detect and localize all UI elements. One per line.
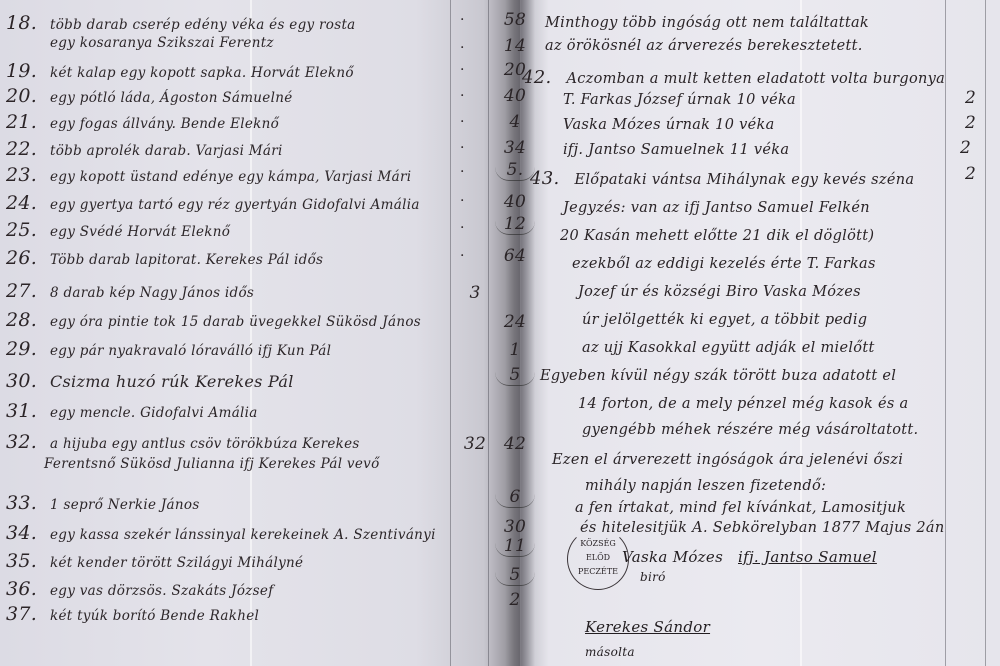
ledger-entry-23: 23. egy kopott üstand edénye egy kámpa, …	[6, 164, 411, 186]
entry-number: 26.	[6, 247, 50, 269]
ledger-entry-36: 36. egy vas dörzsös. Szakáts József	[6, 578, 274, 600]
ledger-entry-25: 25. egy Svédé Horvát Eleknő	[6, 219, 230, 241]
entry-text: gyengébb méhek részére még vásároltatott…	[582, 422, 918, 438]
entry-number: 18.	[6, 12, 50, 34]
entry-text: egy vas dörzsös. Szakáts József	[50, 583, 274, 599]
amount: 58	[495, 10, 535, 30]
entry-number: 31.	[6, 400, 50, 422]
ledger-dot: ·	[460, 12, 464, 28]
entry-text: egy óra pintie tok 15 darab üvegekkel Sü…	[50, 314, 421, 330]
ledger-dot: ·	[460, 193, 464, 209]
entry-number: 37.	[6, 603, 50, 625]
quantity: 2	[965, 164, 976, 184]
ledger-entry-29: 29. egy pár nyakravaló lóraválló ifj Kun…	[6, 338, 331, 360]
entry-text: egy kosaranya Szikszai Ferentz	[50, 35, 274, 51]
entry-text: 8 darab kép Nagy János idős	[50, 285, 254, 301]
closing-text: a fen írtakat, mind fel kívánkat, Lamosi…	[575, 500, 906, 516]
entry-number: 20.	[6, 85, 50, 107]
entry-text: úr jelölgették ki egyet, a többit pedig	[582, 312, 867, 328]
amount: 4	[495, 112, 535, 132]
entry-text: egy kassa szekér lánssinyal kerekeinek A…	[50, 527, 436, 543]
entry-number: 29.	[6, 338, 50, 360]
entry-text: 14 forton, de a mely pénzel még kasok és…	[578, 396, 908, 412]
entry-number: 24.	[6, 192, 50, 214]
entry-number: 43.	[530, 168, 560, 189]
ledger-entry-35: 35. két kender törött Szilágyi Mihályné	[6, 550, 303, 572]
entry-text: több aprolék darab. Varjasi Mári	[50, 143, 283, 159]
entry-number: 34.	[6, 522, 50, 544]
entry-number: 32.	[6, 431, 50, 453]
intro-text: az örökösnél az árverezés berekesztetett…	[545, 38, 863, 54]
closing-text: Ezen el árverezett ingóságok ára jelenév…	[552, 452, 903, 468]
paper-crease	[800, 0, 802, 666]
entry-text: egy gyertya tartó egy réz gyertyán Gidof…	[50, 197, 420, 213]
entry-text: egy fogas állvány. Bende Eleknő	[50, 116, 279, 132]
ledger-dot: ·	[460, 164, 464, 180]
ledger-entry-27: 27. 8 darab kép Nagy János idős	[6, 280, 254, 302]
ledger-entry-19: 19. két kalap egy kopott sapka. Horvát E…	[6, 60, 354, 82]
amount: 42	[495, 434, 535, 454]
amount: 3	[455, 283, 495, 303]
column-rule	[488, 0, 489, 666]
ledger-dot: ·	[460, 62, 464, 78]
entry-number: 21.	[6, 111, 50, 133]
official-stamp: KÖZSÉG ELŐD PECZÉTE	[567, 528, 629, 590]
ledger-entry-28: 28. egy óra pintie tok 15 darab üvegekke…	[6, 309, 421, 331]
ledger-entry-20: 20. egy pótló láda, Ágoston Sámuelné	[6, 85, 293, 107]
closing-text: mihály napján leszen fizetendő:	[585, 478, 826, 494]
amount: 14	[495, 36, 535, 56]
document-spread: 18. több darab cserép edény véka és egy …	[0, 0, 1000, 666]
ledger-entry-18-cont: egy kosaranya Szikszai Ferentz	[50, 35, 274, 51]
amount: 2	[495, 590, 535, 610]
entry-text: Jegyzés: van az ifj Jantso Samuel Felkén	[563, 200, 870, 216]
stamp-text: KÖZSÉG	[568, 537, 628, 551]
column-rule	[450, 0, 451, 666]
signature-jantso-samuel: ifj. Jantso Samuel	[738, 548, 877, 566]
entry-text: egy mencle. Gidofalvi Amália	[50, 405, 258, 421]
ledger-dot: ·	[460, 114, 464, 130]
entry-text: több darab cserép edény véka és egy rost…	[50, 17, 356, 33]
ledger-entry-22: 22. több aprolék darab. Varjasi Mári	[6, 138, 283, 160]
entry-text: egy pótló láda, Ágoston Sámuelné	[50, 90, 293, 106]
column-rule	[945, 0, 946, 666]
entry-text: egy Svédé Horvát Eleknő	[50, 224, 230, 240]
entry-text: ezekből az eddigi kezelés érte T. Farkas	[572, 256, 876, 272]
entry-number: 23.	[6, 164, 50, 186]
ledger-entry-26: 26. Több darab lapitorat. Kerekes Pál id…	[6, 247, 323, 269]
entry-42-title: 42. Aczomban a mult ketten eladatott vol…	[522, 67, 945, 88]
amount: 34	[495, 138, 535, 158]
ledger-dot: ·	[460, 220, 464, 236]
entry-text: 1 seprő Nerkie János	[50, 497, 200, 513]
amount: 5.	[495, 160, 535, 181]
entry-number: 33.	[6, 492, 50, 514]
entry-text: két tyúk borító Bende Rakhel	[50, 608, 259, 624]
amount: 24	[495, 312, 535, 332]
amount: 40	[495, 86, 535, 106]
quantity: 2	[965, 88, 976, 108]
ledger-entry-32: 32. a hijuba egy antlus csöv törökbúza K…	[6, 431, 360, 453]
entry-43-title: 43. Előpataki vántsa Mihálynak egy kevés…	[530, 168, 914, 189]
ledger-entry-24: 24. egy gyertya tartó egy réz gyertyán G…	[6, 192, 420, 214]
signature-title: biró	[640, 570, 666, 584]
signature-title: másolta	[585, 645, 635, 659]
amount: 64	[495, 246, 535, 266]
amount: 5	[495, 365, 535, 386]
stamp-text: PECZÉTE	[568, 565, 628, 579]
ledger-entry-32-cont: Ferentsnő Sükösd Julianna ifj Kerekes Pá…	[44, 456, 380, 472]
ledger-entry-37: 37. két tyúk borító Bende Rakhel	[6, 603, 259, 625]
entry-number: 25.	[6, 219, 50, 241]
entry-text: Csizma huzó rúk Kerekes Pál	[50, 372, 294, 391]
intro-text: Minthogy több ingóság ott nem találtatta…	[545, 15, 869, 31]
entry-number: 28.	[6, 309, 50, 331]
column-rule	[985, 0, 986, 666]
entry-text: két kalap egy kopott sapka. Horvát Elekn…	[50, 65, 354, 81]
ledger-entry-30: 30. Csizma huzó rúk Kerekes Pál	[6, 370, 294, 392]
ledger-entry-31: 31. egy mencle. Gidofalvi Amália	[6, 400, 258, 422]
ledger-dot: ·	[460, 40, 464, 56]
entry-text: Előpataki vántsa Mihálynak egy kevés szé…	[574, 172, 914, 188]
amount: 32	[455, 434, 495, 454]
entry-text: az ujj Kasokkal együtt adják el mielőtt	[582, 340, 875, 356]
entry-number: 27.	[6, 280, 50, 302]
entry-text: Aczomban a mult ketten eladatott volta b…	[566, 71, 945, 87]
entry-text: a hijuba egy antlus csöv törökbúza Kerek…	[50, 436, 360, 452]
entry-text: 20 Kasán mehett előtte 21 dik el döglött…	[560, 228, 874, 244]
amount: 12	[495, 214, 535, 235]
entry-text: egy pár nyakravaló lóraválló ifj Kun Pál	[50, 343, 331, 359]
entry-number: 42.	[522, 67, 552, 88]
ledger-entry-34: 34. egy kassa szekér lánssinyal kerekein…	[6, 522, 436, 544]
ledger-entry-18: 18. több darab cserép edény véka és egy …	[6, 12, 356, 34]
amount: 5	[495, 565, 535, 586]
ledger-dot: ·	[460, 88, 464, 104]
amount: 6	[495, 487, 535, 508]
entry-subline: T. Farkas József úrnak 10 véka	[563, 92, 796, 108]
entry-number: 30.	[6, 370, 50, 392]
entry-subline: ifj. Jantso Samuelnek 11 véka	[563, 142, 789, 158]
stamp-text: ELŐD	[568, 551, 628, 565]
entry-text: Több darab lapitorat. Kerekes Pál idős	[50, 252, 323, 268]
amount: 40	[495, 192, 535, 212]
entry-number: 19.	[6, 60, 50, 82]
entry-subline: Vaska Mózes úrnak 10 véka	[563, 117, 775, 133]
amount: 1	[495, 340, 535, 360]
signature-kerekes-sandor: Kerekes Sándor	[585, 618, 710, 636]
entry-text: Egyeben kívül négy szák törött buza adat…	[540, 368, 896, 384]
quantity: 2	[965, 113, 976, 133]
amount: 11	[495, 536, 535, 557]
entry-number: 22.	[6, 138, 50, 160]
entry-text: két kender törött Szilágyi Mihályné	[50, 555, 303, 571]
entry-text: Ferentsnő Sükösd Julianna ifj Kerekes Pá…	[44, 456, 380, 472]
ledger-entry-33: 33. 1 seprő Nerkie János	[6, 492, 200, 514]
amount: 30	[495, 517, 535, 537]
signature-vaska-mozes: Vaska Mózes	[622, 548, 723, 566]
entry-number: 36.	[6, 578, 50, 600]
quantity: 2	[960, 138, 971, 158]
closing-text: és hitelesitjük A. Sebkörelyban 1877 Maj…	[580, 520, 944, 536]
ledger-dot: ·	[460, 248, 464, 264]
entry-number: 35.	[6, 550, 50, 572]
ledger-entry-21: 21. egy fogas állvány. Bende Eleknő	[6, 111, 279, 133]
ledger-dot: ·	[460, 140, 464, 156]
entry-text: egy kopott üstand edénye egy kámpa, Varj…	[50, 169, 411, 185]
entry-text: Jozef úr és községi Biro Vaska Mózes	[578, 284, 861, 300]
